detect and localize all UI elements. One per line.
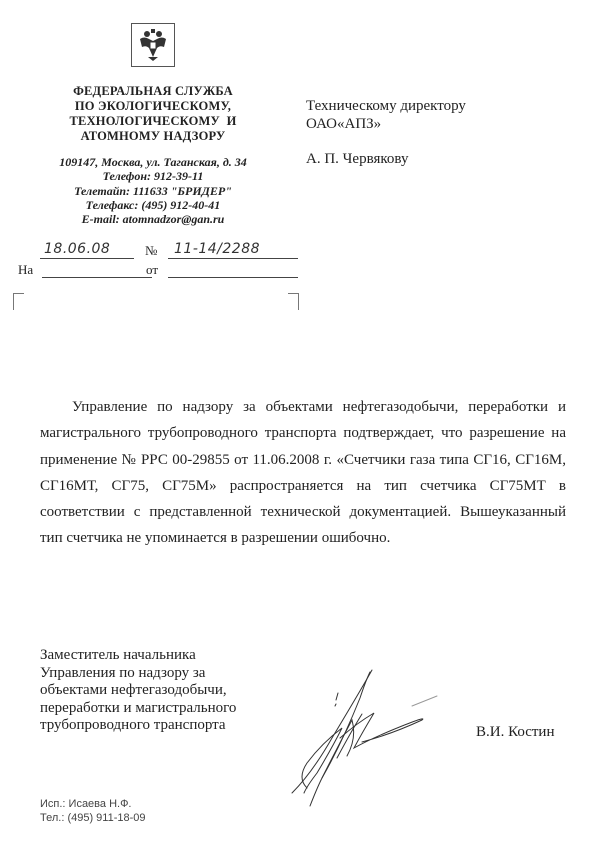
addressee-company: ОАО«АПЗ» [306,115,466,133]
na-label: На [18,262,33,278]
org-line: ФЕДЕРАЛЬНАЯ СЛУЖБА [20,84,286,99]
signer-title-line: Заместитель начальника [40,647,236,665]
signer-position: Заместитель начальника Управления по над… [40,647,236,735]
executor-info: Исп.: Исаева Н.Ф. Тел.: (495) 911-18-09 [40,797,146,825]
addressee-position: Техническому директору [306,97,466,115]
organization-contacts: 109147, Москва, ул. Таганская, д. 34 Тел… [20,155,286,226]
signer-title-line: Управления по надзору за [40,665,236,683]
ot-label: от [146,262,158,278]
outgoing-date: 18.06.08 [40,241,134,259]
incoming-reference: На от [18,262,308,282]
outgoing-number-value: 11-14/2288 [174,241,260,257]
signer-title-line: трубопроводного транспорта [40,717,236,735]
executor-phone: Тел.: (495) 911-18-09 [40,811,146,825]
address: 109147, Москва, ул. Таганская, д. 34 [20,155,286,169]
teletype: Телетайп: 111633 "БРИДЕР" [20,184,286,198]
phone: Телефон: 912-39-11 [20,169,286,183]
outgoing-reference: 18.06.08 № 11-14/2288 [40,241,300,261]
incoming-date-field [42,262,152,278]
org-line: АТОМНОМУ НАДЗОРУ [20,129,286,144]
coat-of-arms-emblem [131,23,175,67]
org-line: ПО ЭКОЛОГИЧЕСКОМУ, [20,99,286,114]
number-label: № [145,243,157,259]
incoming-number-field [168,262,298,278]
body-paragraph: Управление по надзору за объектами нефте… [40,394,566,552]
corner-mark-left [13,293,24,310]
org-line: ТЕХНОЛОГИЧЕСКОМУ И [20,114,286,129]
russian-coat-of-arms-icon [136,27,170,63]
signer-title-line: объектами нефтегазодобычи, [40,682,236,700]
addressee-block: Техническому директору ОАО«АПЗ» А. П. Че… [306,97,466,168]
handwritten-signature [262,668,442,818]
signer-title-line: переработки и магистрального [40,700,236,718]
organization-name: ФЕДЕРАЛЬНАЯ СЛУЖБА ПО ЭКОЛОГИЧЕСКОМУ, ТЕ… [20,84,286,144]
letter-body: Управление по надзору за объектами нефте… [40,394,566,552]
signer-name: В.И. Костин [476,724,555,741]
corner-mark-right [288,293,299,310]
email: E-mail: atomnadzor@gan.ru [20,212,286,226]
addressee-name: А. П. Червякову [306,150,466,168]
outgoing-number: 11-14/2288 [168,241,298,259]
fax: Телефакс: (495) 912-40-41 [20,198,286,212]
outgoing-date-value: 18.06.08 [44,241,110,257]
executor-name: Исп.: Исаева Н.Ф. [40,797,146,811]
